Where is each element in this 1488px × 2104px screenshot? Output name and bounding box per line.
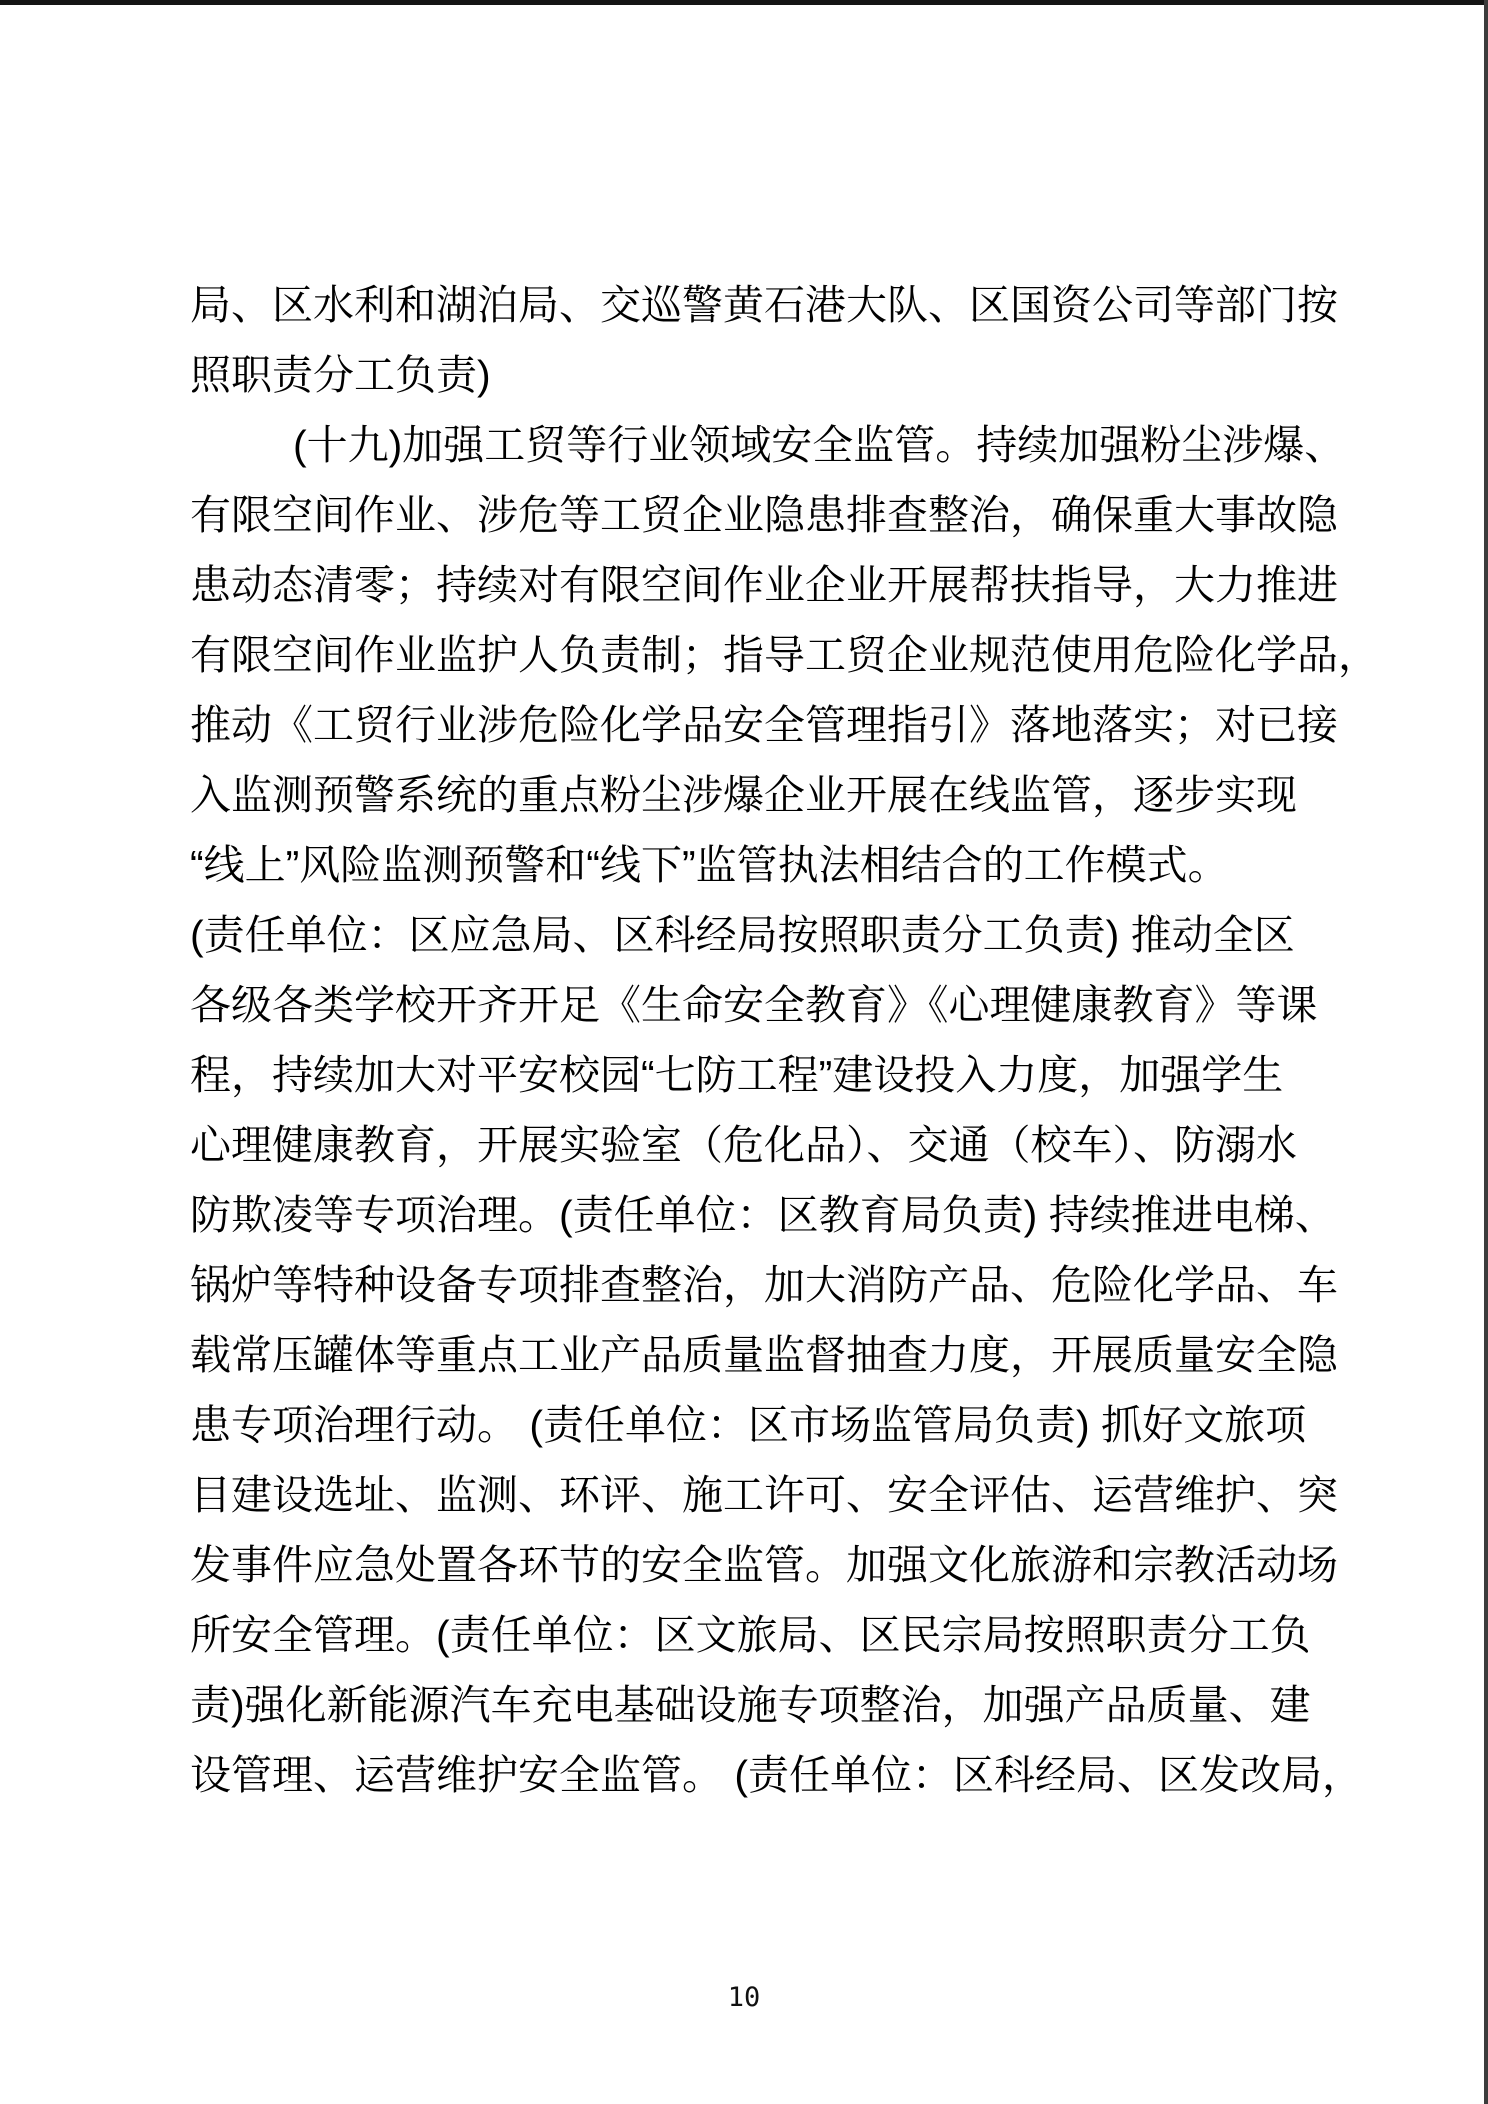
text-line: 目建设选址、监测、环评、施工许可、安全评估、运营维护、突	[190, 1460, 1350, 1530]
text-line: 患专项治理行动。 (责任单位：区市场监管局负责) 抓好文旅项	[190, 1390, 1350, 1460]
text-line: 所安全管理。(责任单位：区文旅局、区民宗局按照职责分工负	[190, 1600, 1350, 1670]
text-line: 程，持续加大对平安校园“七防工程”建设投入力度，加强学生	[190, 1040, 1350, 1110]
text-line: 发事件应急处置各环节的安全监管。加强文化旅游和宗教活动场	[190, 1530, 1350, 1600]
page-right-edge	[1484, 0, 1488, 2104]
text-line: 患动态清零；持续对有限空间作业企业开展帮扶指导，大力推进	[190, 550, 1350, 620]
text-line: 有限空间作业监护人负责制；指导工贸企业规范使用危险化学品，	[190, 620, 1350, 690]
page-number: 10	[0, 1982, 1488, 2014]
text-line: 载常压罐体等重点工业产品质量监督抽查力度，开展质量安全隐	[190, 1320, 1350, 1390]
text-line: 心理健康教育，开展实验室（危化品）、交通（校车）、防溺水	[190, 1110, 1350, 1180]
text-line: 锅炉等特种设备专项排查整治，加大消防产品、危险化学品、车	[190, 1250, 1350, 1320]
document-page: 局、区水利和湖泊局、交巡警黄石港大队、区国资公司等部门按 照职责分工负责) (十…	[0, 0, 1488, 2104]
text-line-section-heading: (十九)加强工贸等行业领域安全监管。持续加强粉尘涉爆、	[190, 410, 1350, 480]
text-line: 设管理、运营维护安全监管。 (责任单位：区科经局、区发改局，	[190, 1740, 1350, 1810]
text-line: 照职责分工负责)	[190, 340, 1350, 410]
text-line: “线上”风险监测预警和“线下”监管执法相结合的工作模式。	[190, 830, 1350, 900]
text-line: 推动《工贸行业涉危险化学品安全管理指引》落地落实；对已接	[190, 690, 1350, 760]
text-line: 入监测预警系统的重点粉尘涉爆企业开展在线监管，逐步实现	[190, 760, 1350, 830]
text-line: 各级各类学校开齐开足《生命安全教育》《心理健康教育》等课	[190, 970, 1350, 1040]
document-body: 局、区水利和湖泊局、交巡警黄石港大队、区国资公司等部门按 照职责分工负责) (十…	[190, 270, 1350, 1810]
text-line: 局、区水利和湖泊局、交巡警黄石港大队、区国资公司等部门按	[190, 270, 1350, 340]
text-line: (责任单位：区应急局、区科经局按照职责分工负责) 推动全区	[190, 900, 1350, 970]
text-line: 防欺凌等专项治理。(责任单位：区教育局负责) 持续推进电梯、	[190, 1180, 1350, 1250]
page-top-edge	[0, 0, 1488, 5]
text-line: 有限空间作业、涉危等工贸企业隐患排查整治，确保重大事故隐	[190, 480, 1350, 550]
text-line: 责)强化新能源汽车充电基础设施专项整治，加强产品质量、建	[190, 1670, 1350, 1740]
